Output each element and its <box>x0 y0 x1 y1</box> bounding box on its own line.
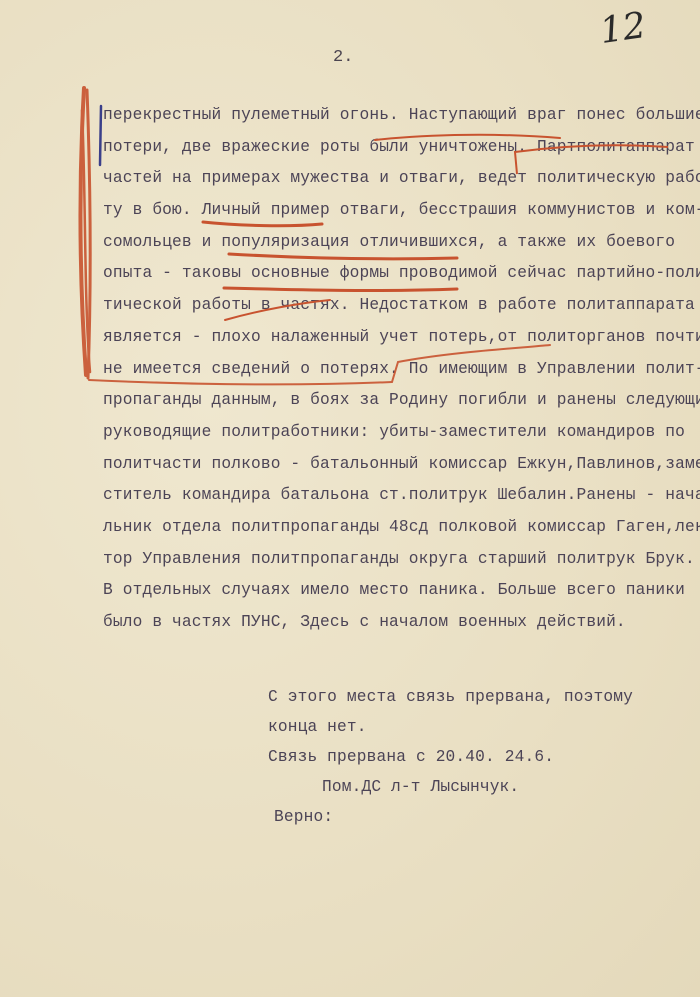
text-line: пропаганды данным, в боях за Родину поги… <box>103 385 700 417</box>
text-line: руководящие политработники: убиты-замест… <box>103 417 700 449</box>
blue-margin-mark <box>100 106 101 165</box>
text-line: частей на примерах мужества и отваги, ве… <box>103 163 700 195</box>
text-line: потери, две вражеские роты были уничтоже… <box>103 132 700 164</box>
page-number: 2. <box>333 48 353 67</box>
signature-line: Пом.ДС л-т Лысынчук. <box>268 772 633 802</box>
text-line: перекрестный пулеметный огонь. Наступающ… <box>103 100 700 132</box>
certified-label: Верно: <box>268 802 633 832</box>
text-line: тор Управления политпропаганды округа ст… <box>103 544 700 576</box>
text-line: сомольцев и популяризация отличившихся, … <box>103 227 700 259</box>
text-line: опыта - таковы основные формы проводимой… <box>103 258 700 290</box>
handwritten-folio-number: 12 <box>597 5 648 52</box>
closing-line: Связь прервана с 20.40. 24.6. <box>268 742 633 772</box>
text-line: тической работы в частях. Недостатком в … <box>103 290 700 322</box>
text-line: политчасти полково - батальонный комисса… <box>103 449 700 481</box>
text-line: ститель командира батальона ст.политрук … <box>103 480 700 512</box>
text-line: льник отдела политпропаганды 48сд полков… <box>103 512 700 544</box>
text-line: является - плохо налаженный учет потерь,… <box>103 322 700 354</box>
body-text: перекрестный пулеметный огонь. Наступающ… <box>103 100 700 639</box>
text-line: ту в бою. Личный пример отваги, бесстраш… <box>103 195 700 227</box>
text-line: не имеется сведений о потерях. По имеющи… <box>103 354 700 386</box>
text-line: В отдельных случаях имело место паника. … <box>103 575 700 607</box>
closing-line: С этого места связь прервана, поэтому <box>268 682 633 712</box>
closing-block: С этого места связь прервана, поэтому ко… <box>268 682 633 832</box>
document-page: 12 2. перекрестный пулеметный огонь. Нас… <box>0 0 700 997</box>
text-line: было в частях ПУНС, Здесь с началом воен… <box>103 607 700 639</box>
closing-line: конца нет. <box>268 712 633 742</box>
